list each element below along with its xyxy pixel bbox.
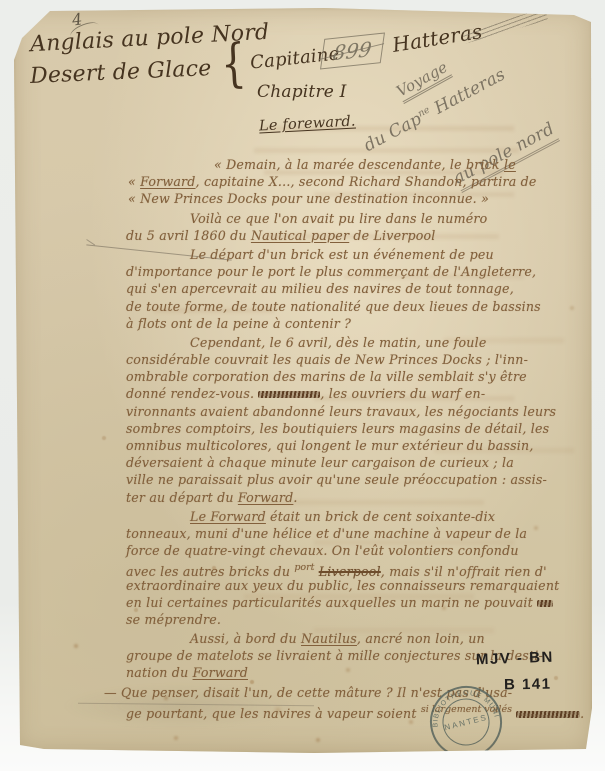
manuscript-line: vironnants avaient abandonné leurs trava… — [14, 403, 574, 420]
manuscript-line: ter au départ du Forward. — [14, 489, 574, 506]
shelfmark-b141: B 141 — [504, 676, 552, 694]
manuscript-line: se méprendre. — [14, 611, 574, 628]
manuscript-line: Aussi, à bord du Nautilus, ancré non loi… — [14, 630, 574, 647]
chapter-subtitle: Le foreward. — [259, 113, 356, 134]
shelfmark-mjv-bn: MJV - BN — [476, 649, 554, 669]
stamp-center-text: NANTES — [443, 713, 488, 732]
manuscript-line: omnibus multicolores, qui longent le mur… — [14, 437, 574, 454]
manuscript-line: qui s'en apercevrait au milieu des navir… — [14, 280, 574, 297]
manuscript-line: tonneaux, muni d'une hélice et d'une mac… — [14, 525, 574, 542]
manuscript-line: ville ne paraissait plus avoir qu'une se… — [14, 471, 574, 488]
manuscript-line: d'importance pour le port le plus commer… — [14, 263, 574, 280]
manuscript-line: Le Forward était un brick de cent soixan… — [14, 508, 574, 525]
manuscript-line: donné rendez-vous. , les ouvriers du war… — [14, 385, 574, 402]
manuscript-line: Cependant, le 6 avril, dès le matin, une… — [14, 334, 574, 351]
manuscript-line: déversaient à chaque minute leur cargais… — [14, 454, 574, 471]
manuscript-line: considérable couvrait les quais de New P… — [14, 351, 574, 368]
manuscript-line: Le départ d'un brick est un événement de… — [14, 246, 574, 263]
manuscript-line: « Demain, à la marée descendante, le bri… — [14, 156, 574, 173]
manuscript-line: avec les autres bricks du port Liverpool… — [14, 559, 574, 576]
manuscript-line: ombrable corporation des marins de la vi… — [14, 368, 574, 385]
manuscript-line: extraordinaire aux yeux du public, les c… — [14, 577, 574, 594]
manuscript-line: à flots ont de la peine à contenir ? — [14, 315, 574, 332]
chapter-heading: Chapitre I — [257, 82, 347, 102]
manuscript-line: Voilà ce que l'on avait pu lire dans le … — [14, 210, 574, 227]
manuscript-line: du 5 avril 1860 du Nautical paper de Liv… — [14, 227, 574, 244]
brace-mark: { — [220, 33, 248, 95]
manuscript-line: de toute forme, de toute nationalité que… — [14, 298, 574, 315]
manuscript-body: « Demain, à la marée descendante, le bri… — [14, 154, 574, 718]
boxed-number: 899 — [320, 33, 385, 70]
title-line-2: Desert de Glace — [30, 56, 212, 89]
folio-number: 4 — [71, 9, 84, 29]
manuscript-line: « Forward, capitaine X..., second Richar… — [14, 173, 574, 190]
manuscript-line: « New Princes Docks pour une destination… — [14, 190, 574, 207]
manuscript-line: force de quatre-vingt chevaux. On l'eût … — [14, 542, 574, 559]
manuscript-page: 4 Anglais au pole Nord Desert de Glace {… — [14, 8, 592, 753]
scan-background: 4 Anglais au pole Nord Desert de Glace {… — [0, 0, 605, 771]
manuscript-line: en lui certaines particularités auxquell… — [14, 594, 574, 611]
manuscript-line: sombres comptoirs, les boutiquiers leurs… — [14, 420, 574, 437]
